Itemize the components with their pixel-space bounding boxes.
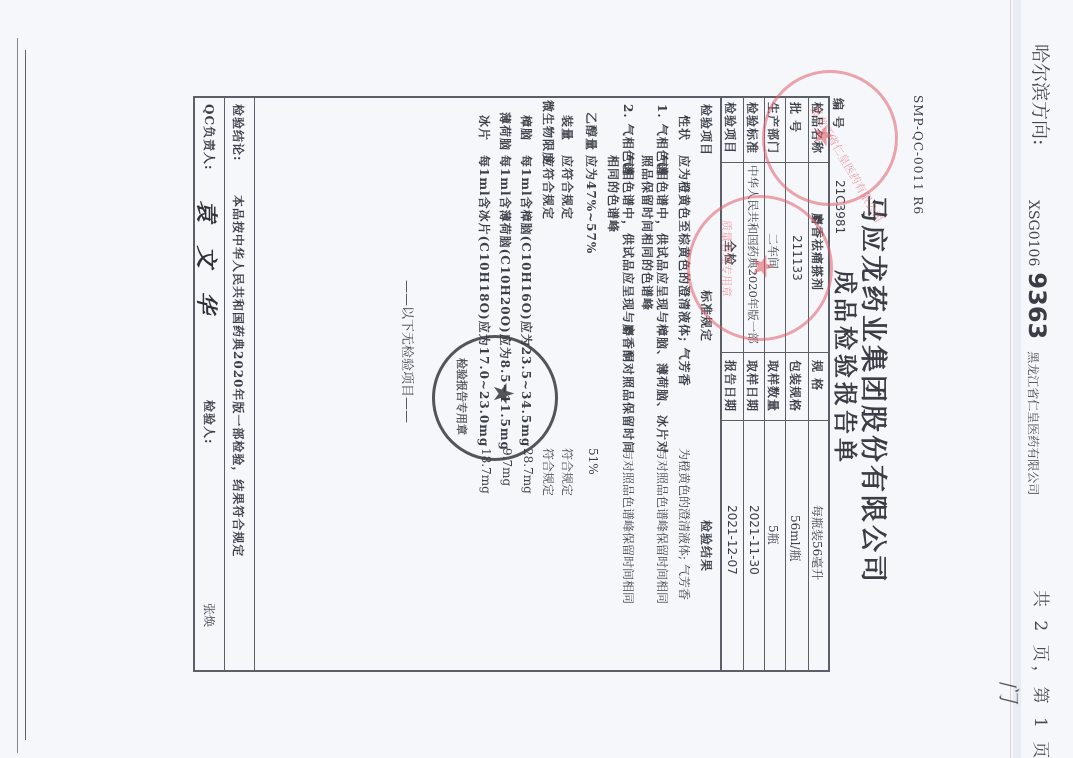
edge-line-outer (17, 38, 18, 753)
value-sample-date: 2021-11-30 (747, 505, 761, 575)
customer-name: 黑龙江省仁皇医药有限公司 (1026, 351, 1040, 495)
end-of-items-note: ——以下无检验项目—— (399, 280, 418, 423)
handwritten-mark: 门 (994, 680, 1025, 702)
value-report-date: 2021-12-07 (725, 505, 739, 575)
red-quality-stamp: ★ 质量管理专用章 (687, 195, 833, 341)
code-prefix: XSG0106 (1025, 200, 1041, 266)
value-sample-qty: 5瓶 (765, 525, 782, 545)
page-count: 共 2 页，第 1 页 (1030, 590, 1055, 758)
report-page: 哈尔滨方向: XSG0106 9363 黑龙江省仁皇医药有限公司 共 2 页，第… (0, 0, 1073, 758)
inspector-label: 检验人: (201, 400, 218, 444)
label-package: 包装规格 (787, 360, 804, 412)
conclusion-text: 本品按中华人民共和国药典2020年版一部检验，结果符合规定 (230, 195, 247, 557)
label-spec: 规 格 (809, 360, 826, 391)
report-subtitle: 成品检验报告单 (830, 270, 865, 466)
code-number: 9363 (1023, 272, 1051, 339)
document-code: XSG0106 9363 黑龙江省仁皇医药有限公司 (1023, 200, 1051, 495)
scan-fold-line (1010, 0, 1011, 758)
value-spec: 每瓶装56毫升 (809, 505, 826, 580)
label-sample-date: 取样日期 (744, 360, 761, 412)
red-company-stamp: 黑龙江省仁皇医药有限公司 ★ (762, 70, 898, 206)
label-standard: 检验标准 (744, 102, 761, 154)
label-sample-qty: 取样数量 (765, 360, 782, 412)
qc-manager-label: QC负责人: (201, 104, 218, 170)
black-inspection-stamp: ★ 检验报告专用章 (432, 335, 558, 461)
qc-manager-signature: 袁 文 华 (192, 200, 223, 321)
col-header-item: 检验项目 (698, 104, 715, 156)
route-label: 哈尔滨方向: (1028, 44, 1055, 145)
document-number: SMP-QC-0011 R6 (911, 95, 925, 215)
label-report-date: 报告日期 (722, 360, 739, 412)
scan-shadow (1013, 0, 1021, 758)
conclusion-label: 检验结论: (230, 104, 247, 161)
edge-line-inner (25, 50, 26, 740)
col-header-result: 检验结果 (698, 520, 715, 572)
label-test-scope: 检验项目 (722, 102, 739, 154)
inspector-name: 张焕 (201, 603, 218, 627)
value-package: 56ml/瓶 (787, 515, 804, 562)
